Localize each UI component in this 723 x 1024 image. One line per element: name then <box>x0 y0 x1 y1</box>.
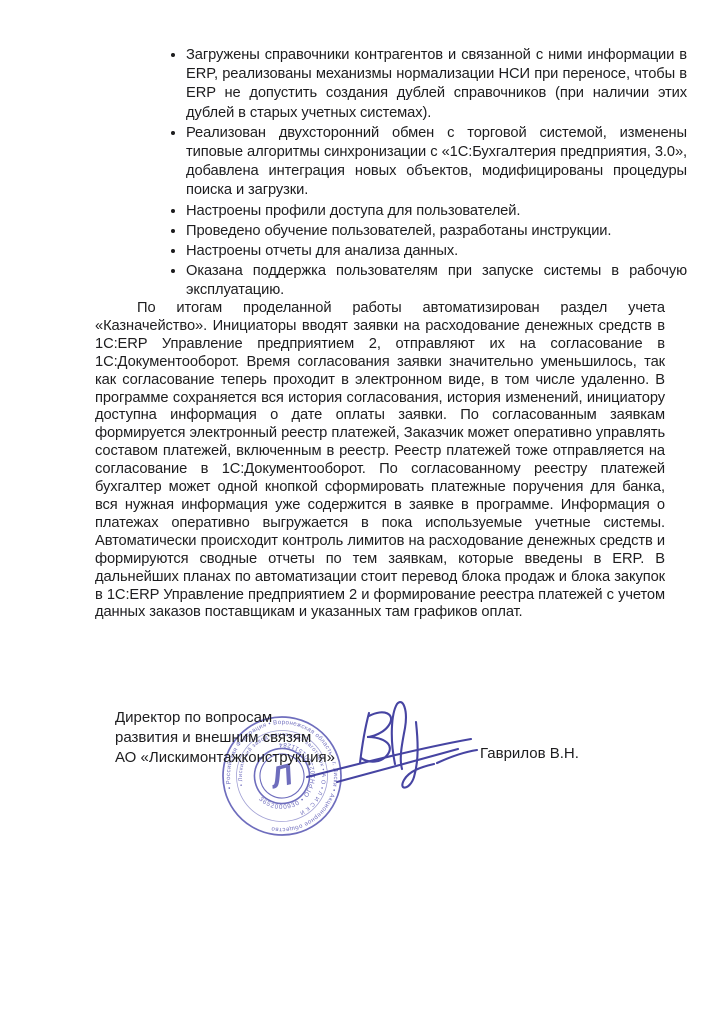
list-item: Реализован двухсторонний обмен с торгово… <box>186 124 687 201</box>
summary-paragraph: По итогам проделанной работы автоматизир… <box>95 300 665 622</box>
list-item: Настроены профили доступа для пользовате… <box>186 202 687 221</box>
signature-stroke <box>437 750 477 763</box>
signature-stroke <box>402 722 434 788</box>
signature-stroke <box>361 712 391 761</box>
signoff-line: Директор по вопросам <box>115 708 335 728</box>
signer-name: Гаврилов В.Н. <box>480 745 579 762</box>
signature-stroke <box>392 702 406 769</box>
list-item: Проведено обучение пользователей, разраб… <box>186 222 687 241</box>
list-item: Настроены отчеты для анализа данных. <box>186 242 687 261</box>
signoff-block: Директор по вопросам развития и внешним … <box>115 708 335 768</box>
list-item: Оказана поддержка пользователям при запу… <box>186 262 687 300</box>
list-item: Загружены справочники контрагентов и свя… <box>186 46 687 123</box>
document-page: Загружены справочники контрагентов и свя… <box>0 0 723 1024</box>
signature-stroke <box>360 713 369 763</box>
signoff-line: АО «Лискимонтажконструкция» <box>115 748 335 768</box>
bullet-list: Загружены справочники контрагентов и свя… <box>163 46 687 302</box>
signoff-line: развития и внешним связям <box>115 728 335 748</box>
signature-stroke <box>337 749 458 782</box>
